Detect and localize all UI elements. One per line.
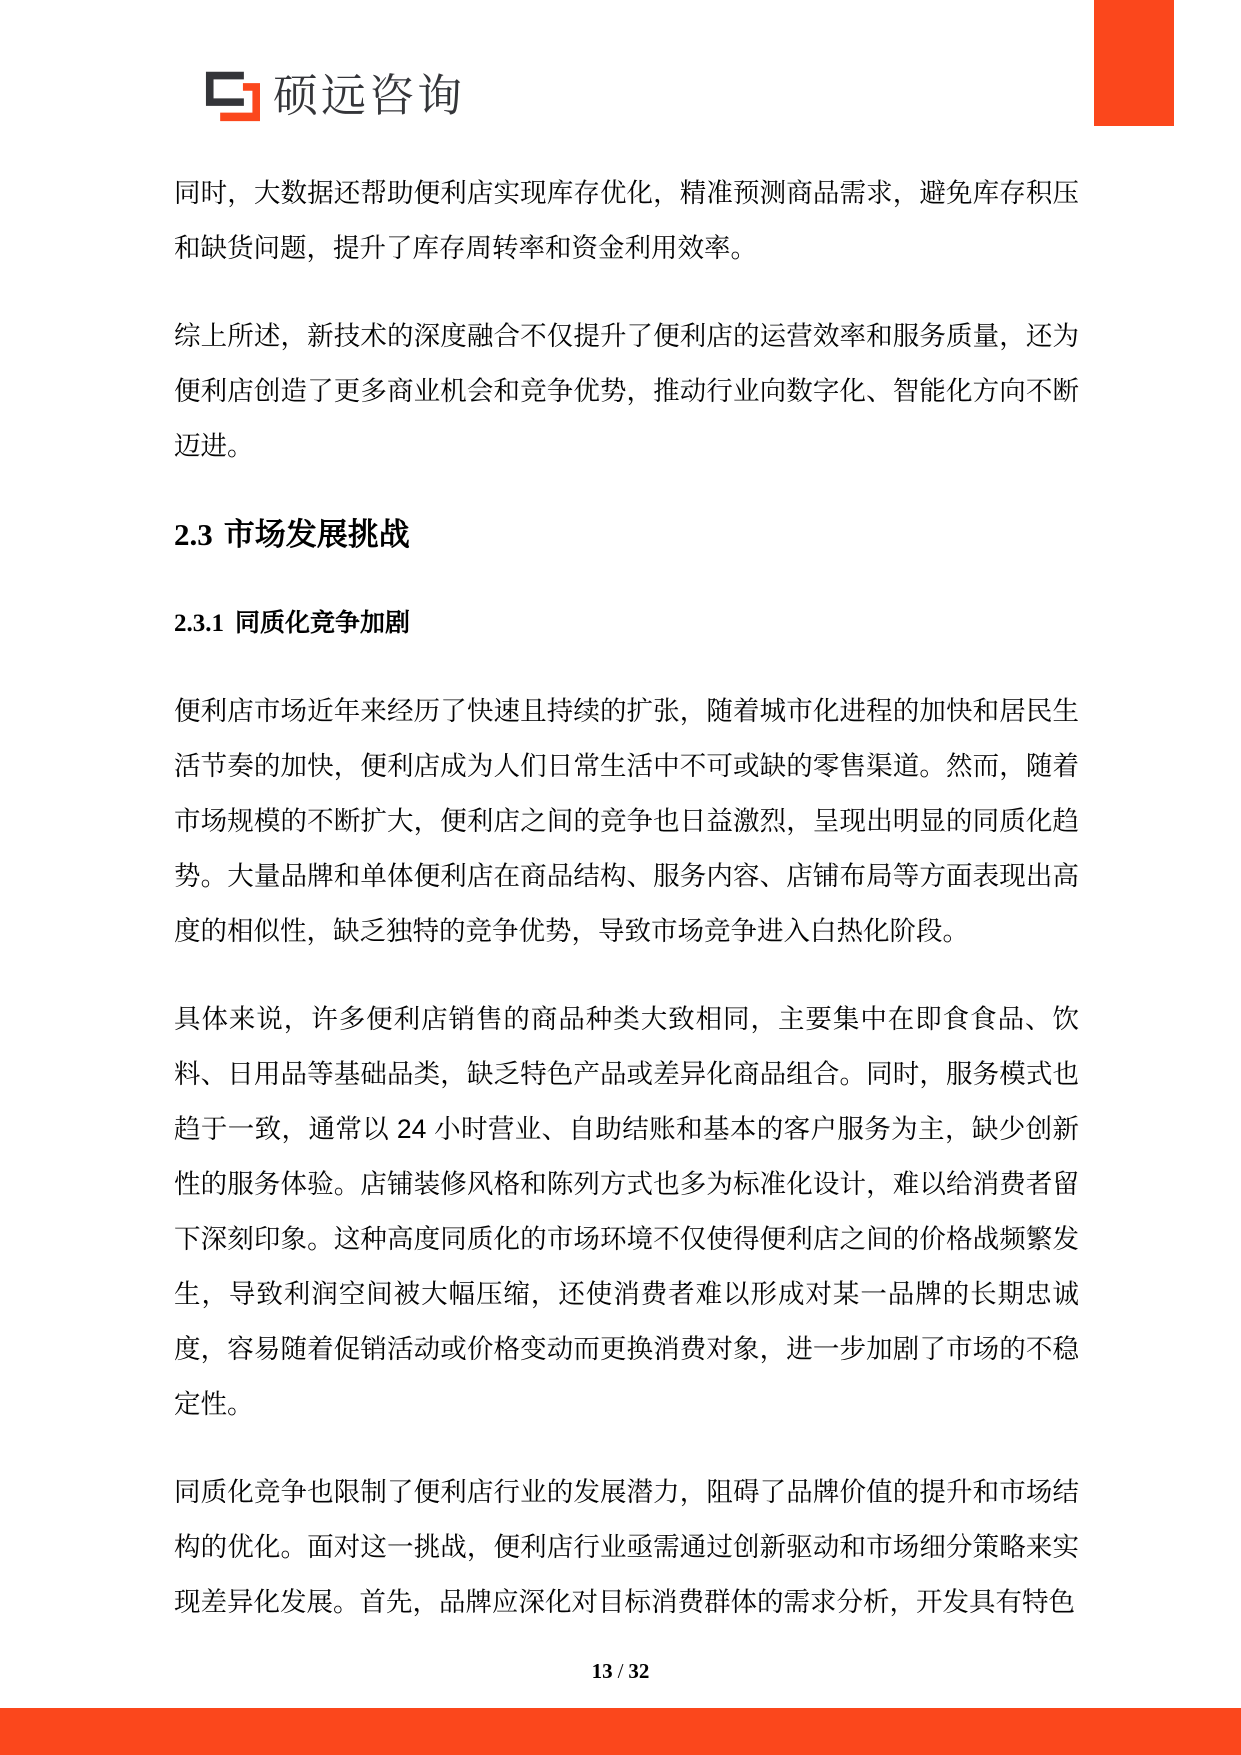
brand-logo-text: 硕远咨询 <box>273 68 465 123</box>
top-right-accent-block <box>1094 0 1174 126</box>
body-paragraph: 同质化竞争也限制了便利店行业的发展潜力，阻碍了品牌价值的提升和市场结构的优化。面… <box>174 1465 1079 1630</box>
section-heading: 2.3市场发展挑战 <box>174 513 1079 557</box>
subsection-title: 同质化竞争加剧 <box>235 609 410 637</box>
body-paragraph: 同时，大数据还帮助便利店实现库存优化，精准预测商品需求，避免库存积压和缺货问题，… <box>174 166 1079 276</box>
subsection-heading: 2.3.1同质化竞争加剧 <box>174 605 1079 642</box>
document-body: 同时，大数据还帮助便利店实现库存优化，精准预测商品需求，避免库存积压和缺货问题，… <box>174 166 1079 1663</box>
brand-header: 硕远咨询 <box>204 68 465 123</box>
total-page-count: 32 <box>628 1659 649 1683</box>
section-title: 市场发展挑战 <box>224 517 410 552</box>
page-footer: 13/32 <box>0 1658 1241 1684</box>
subsection-number: 2.3.1 <box>174 610 224 637</box>
bottom-accent-band <box>0 1708 1241 1755</box>
current-page-number: 13 <box>592 1659 613 1683</box>
body-paragraph: 便利店市场近年来经历了快速且持续的扩张，随着城市化进程的加快和居民生活节奏的加快… <box>174 684 1079 959</box>
body-paragraph: 具体来说，许多便利店销售的商品种类大致相同，主要集中在即食食品、饮料、日用品等基… <box>174 992 1079 1432</box>
body-paragraph: 综上所述，新技术的深度融合不仅提升了便利店的运营效率和服务质量，还为便利店创造了… <box>174 309 1079 474</box>
interlocked-s-logo-icon <box>204 68 261 123</box>
section-number: 2.3 <box>174 517 213 552</box>
page-number-separator: / <box>618 1659 624 1683</box>
document-page: 硕远咨询 同时，大数据还帮助便利店实现库存优化，精准预测商品需求，避免库存积压和… <box>0 0 1241 1755</box>
